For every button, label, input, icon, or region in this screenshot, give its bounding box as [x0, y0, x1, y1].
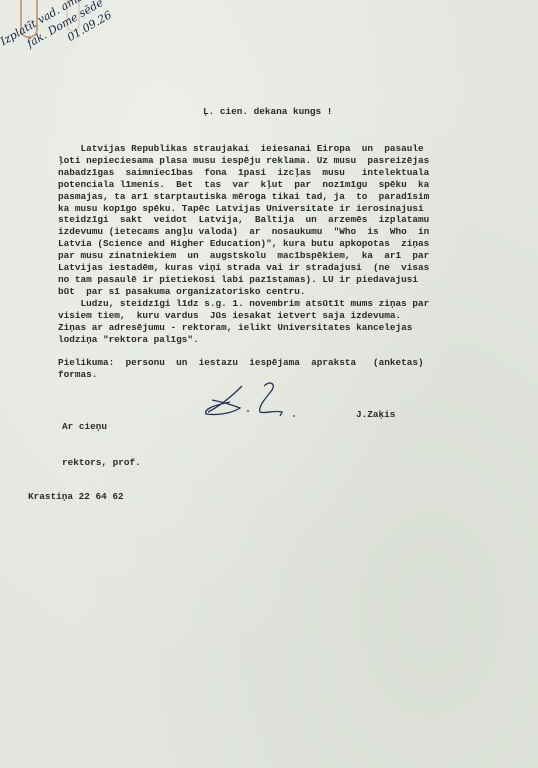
- body-line: visiem tiem, kuru vardus Jūs iesakat iet…: [58, 310, 528, 322]
- body-line: Ziņas ar adresējumu - rektoram, ielikt U…: [58, 322, 528, 334]
- signer-name: J.Zaķis: [356, 409, 395, 420]
- body-line: Pielikuma: personu un iestazu iespējama …: [58, 357, 528, 369]
- closing-line: Ar cieņu: [62, 421, 141, 433]
- body-line: pasmajas, ta arī starptautiska mēroga ti…: [58, 191, 528, 203]
- salutation: Ļ. cien. dekana kungs !: [203, 106, 332, 117]
- body-line: par musu zinatniekiem un augstskolu macī…: [58, 250, 528, 262]
- body-line: izdevumu (ietecams angļu valoda) ar nosa…: [58, 226, 528, 238]
- body-line: ļoti nepieciesama plasa musu iespēju rek…: [58, 155, 528, 167]
- body-line: no tam pasaulē ir pietiekosi labi pazīst…: [58, 274, 528, 286]
- body-line: Latvia (Science and Higher Education)", …: [58, 238, 528, 250]
- body-line: nabadzīgas saimniecības fona īpasi izcļa…: [58, 167, 528, 179]
- letter-page: Izplatīt vad. amatiem fak. Dome sēdē 01.…: [0, 0, 538, 768]
- signature: [200, 378, 310, 422]
- body-line: Latvijas Republikas straujakai ieiesanai…: [58, 143, 528, 155]
- letter-body: Latvijas Republikas straujakai ieiesanai…: [58, 143, 528, 381]
- closing-line: rektors, prof.: [62, 457, 141, 469]
- body-line: lodziņa "rektora palīgs".: [58, 334, 528, 346]
- body-line: potenciala līmenis. Bet tas var kļut par…: [58, 179, 528, 191]
- body-line: steidzīgi sakt veidot Latvija, Baltija u…: [58, 214, 528, 226]
- body-line: Latvijas iestadēm, kuras viņi strada vai…: [58, 262, 528, 274]
- closing: Ar cieņu rektors, prof.: [62, 397, 141, 492]
- body-line: būt par sī pasakuma organizatorisko cent…: [58, 286, 528, 298]
- body-line: ka musu kopīgo spēku. Tapēc Latvijas Uni…: [58, 203, 528, 215]
- body-line: Ludzu, steidzīgi līdz s.g. 1. novembrim …: [58, 298, 528, 310]
- body-line: [58, 345, 528, 357]
- handwritten-note: Izplatīt vad. amatiem fak. Dome sēdē 01.…: [0, 0, 123, 75]
- footer-contact: Krastiņa 22 64 62: [28, 491, 124, 502]
